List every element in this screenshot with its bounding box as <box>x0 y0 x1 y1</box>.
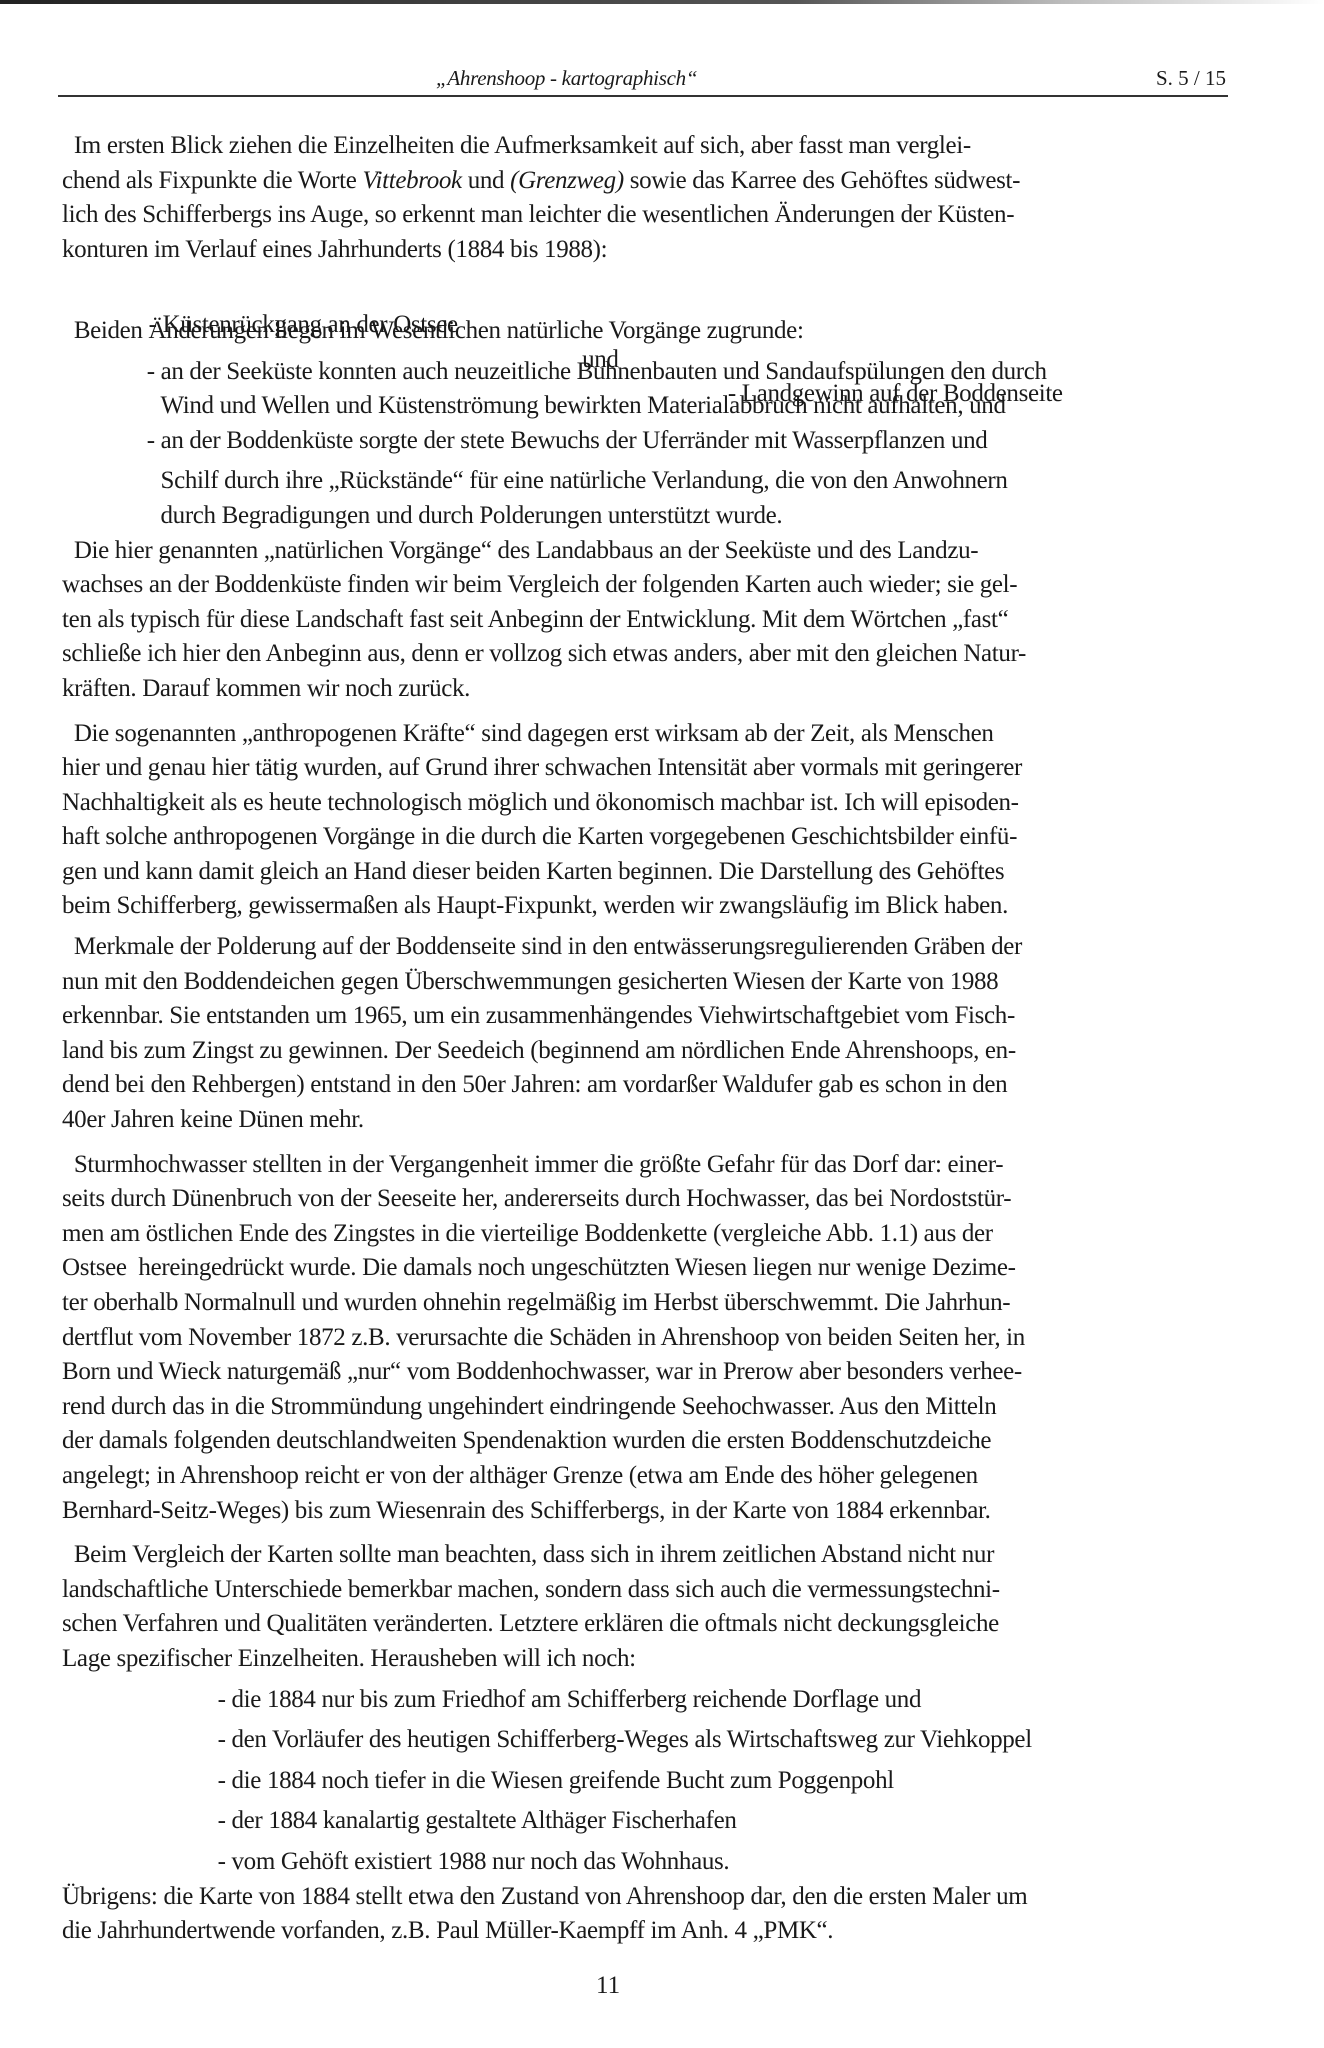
map-label-vittebrook: Vittebrook <box>362 166 461 194</box>
text-line: landschaftliche Unterschiede bemerkbar m… <box>62 1572 1214 1607</box>
text-span: chend als Fixpunkte die Worte <box>62 166 362 194</box>
header-rule <box>58 95 1228 97</box>
text-line: Beim Vergleich der Karten sollte man bea… <box>62 1537 1214 1572</box>
text-span: sowie das Karree des Gehöftes südwest- <box>624 166 1020 194</box>
text-line: ten als typisch für diese Landschaft fas… <box>62 602 1214 637</box>
page-header: „Ahrenshoop - kartographisch“ S. 5 / 15 <box>58 60 1228 94</box>
paragraph-postscript: Übrigens: die Karte von 1884 stellt etwa… <box>62 1879 1214 1948</box>
text-line: angelegt; in Ahrenshoop reicht er von de… <box>62 1458 1214 1493</box>
text-line: haft solche anthropogenen Vorgänge in di… <box>62 819 1214 854</box>
text-line: men am östlichen Ende des Zingstes in di… <box>62 1216 1214 1251</box>
list-item-cont: Schilf durch ihre „Rückstände“ für eine … <box>62 463 1214 498</box>
scan-edge-shadow <box>0 0 1324 4</box>
paragraph-intro: Im ersten Blick ziehen die Einzelheiten … <box>62 128 1214 266</box>
text-line: Lage spezifischer Einzelheiten. Heraushe… <box>62 1641 1214 1676</box>
text-line: 40er Jahren keine Dünen mehr. <box>62 1102 1214 1137</box>
text-line: seits durch Dünenbruch von der Seeseite … <box>62 1181 1214 1216</box>
text-line: Bernhard-Seitz-Weges) bis zum Wiesenrain… <box>62 1493 1214 1528</box>
text-line: ter oberhalb Normalnull und wurden ohneh… <box>62 1285 1214 1320</box>
paragraph-storm-flood: Sturmhochwasser stellten in der Vergange… <box>62 1147 1214 1528</box>
text-line: schließe ich hier den Anbeginn aus, denn… <box>62 636 1214 671</box>
list-item: - der 1884 kanalartig gestaltete Althäge… <box>62 1803 1214 1838</box>
text-line: gen und kann damit gleich an Hand dieser… <box>62 854 1214 889</box>
text-span: und <box>462 166 510 194</box>
text-line: Ostsee hereingedrückt wurde. Die damals … <box>62 1250 1214 1285</box>
text-line: der damals folgenden deutschlandweiten S… <box>62 1423 1214 1458</box>
paragraph-map-comparison: Beim Vergleich der Karten sollte man bea… <box>62 1537 1214 1675</box>
section-page-ref: S. 5 / 15 <box>1156 66 1226 91</box>
text-line: hier und genau hier tätig wurden, auf Gr… <box>62 750 1214 785</box>
text-line: konturen im Verlauf eines Jahrhunderts (… <box>62 232 1214 267</box>
text-line: wachses an der Boddenküste finden wir be… <box>62 567 1214 602</box>
text-line: schen Verfahren und Qualitäten verändert… <box>62 1606 1214 1641</box>
text-line: nun mit den Boddendeichen gegen Überschw… <box>62 964 1214 999</box>
running-title: „Ahrenshoop - kartographisch“ <box>436 66 697 91</box>
text-line: dertflut vom November 1872 z.B. verursac… <box>62 1320 1214 1355</box>
text-line: Nachhaltigkeit als es heute technologisc… <box>62 785 1214 820</box>
text-line: Die sogenannten „anthropogenen Kräfte“ s… <box>62 716 1214 751</box>
text-line: Merkmale der Polderung auf der Boddensei… <box>62 929 1214 964</box>
text-line: Im ersten Blick ziehen die Einzelheiten … <box>62 128 1214 163</box>
text-line: chend als Fixpunkte die Worte Vittebrook… <box>62 163 1214 198</box>
document-body: Im ersten Blick ziehen die Einzelheiten … <box>62 128 1214 1948</box>
paragraph-polder: Merkmale der Polderung auf der Boddensei… <box>62 929 1214 1137</box>
text-line: lich des Schifferbergs ins Auge, so erke… <box>62 197 1214 232</box>
list-item: - an der Boddenküste sorgte der stete Be… <box>62 423 1214 458</box>
list-item: - den Vorläufer des heutigen Schifferber… <box>62 1722 1214 1757</box>
list-item: - die 1884 nur bis zum Friedhof am Schif… <box>62 1682 1214 1717</box>
page-number: 11 <box>596 1972 620 2000</box>
text-line: dend bei den Rehbergen) entstand in den … <box>62 1067 1214 1102</box>
text-line: rend durch das in die Strommündung ungeh… <box>62 1389 1214 1424</box>
paragraph-anthropogenic: Die sogenannten „anthropogenen Kräfte“ s… <box>62 716 1214 924</box>
change-coast-retreat: - Küstenrückgang an der Ostsee <box>149 307 458 342</box>
changes-line: - Küstenrückgang an der Ostsee und - Lan… <box>62 272 1214 307</box>
text-line: Die hier genannten „natürlichen Vorgänge… <box>62 533 1214 568</box>
change-land-gain: - Landgewinn auf der Boddenseite <box>728 376 1063 411</box>
text-line: land bis zum Zingst zu gewinnen. Der See… <box>62 1033 1214 1068</box>
list-item: - die 1884 noch tiefer in die Wiesen gre… <box>62 1763 1214 1798</box>
text-line: erkennbar. Sie entstanden um 1965, um ei… <box>62 998 1214 1033</box>
list-item-cont: durch Begradigungen und durch Polderunge… <box>62 498 1214 533</box>
list-item: - vom Gehöft existiert 1988 nur noch das… <box>62 1844 1214 1879</box>
map-label-grenzweg: (Grenzweg) <box>510 166 624 194</box>
text-line: kräften. Darauf kommen wir noch zurück. <box>62 671 1214 706</box>
text-line: Sturmhochwasser stellten in der Vergange… <box>62 1147 1214 1182</box>
text-line: die Jahrhundertwende vorfanden, z.B. Pau… <box>62 1913 1214 1948</box>
change-conjunction: und <box>582 342 618 377</box>
text-line: beim Schifferberg, gewissermaßen als Hau… <box>62 888 1214 923</box>
text-line: Übrigens: die Karte von 1884 stellt etwa… <box>62 1879 1214 1914</box>
text-line: Born und Wieck naturgemäß „nur“ vom Bodd… <box>62 1354 1214 1389</box>
highlights-list: - die 1884 nur bis zum Friedhof am Schif… <box>62 1682 1214 1879</box>
paragraph-natural-processes: Die hier genannten „natürlichen Vorgänge… <box>62 533 1214 706</box>
